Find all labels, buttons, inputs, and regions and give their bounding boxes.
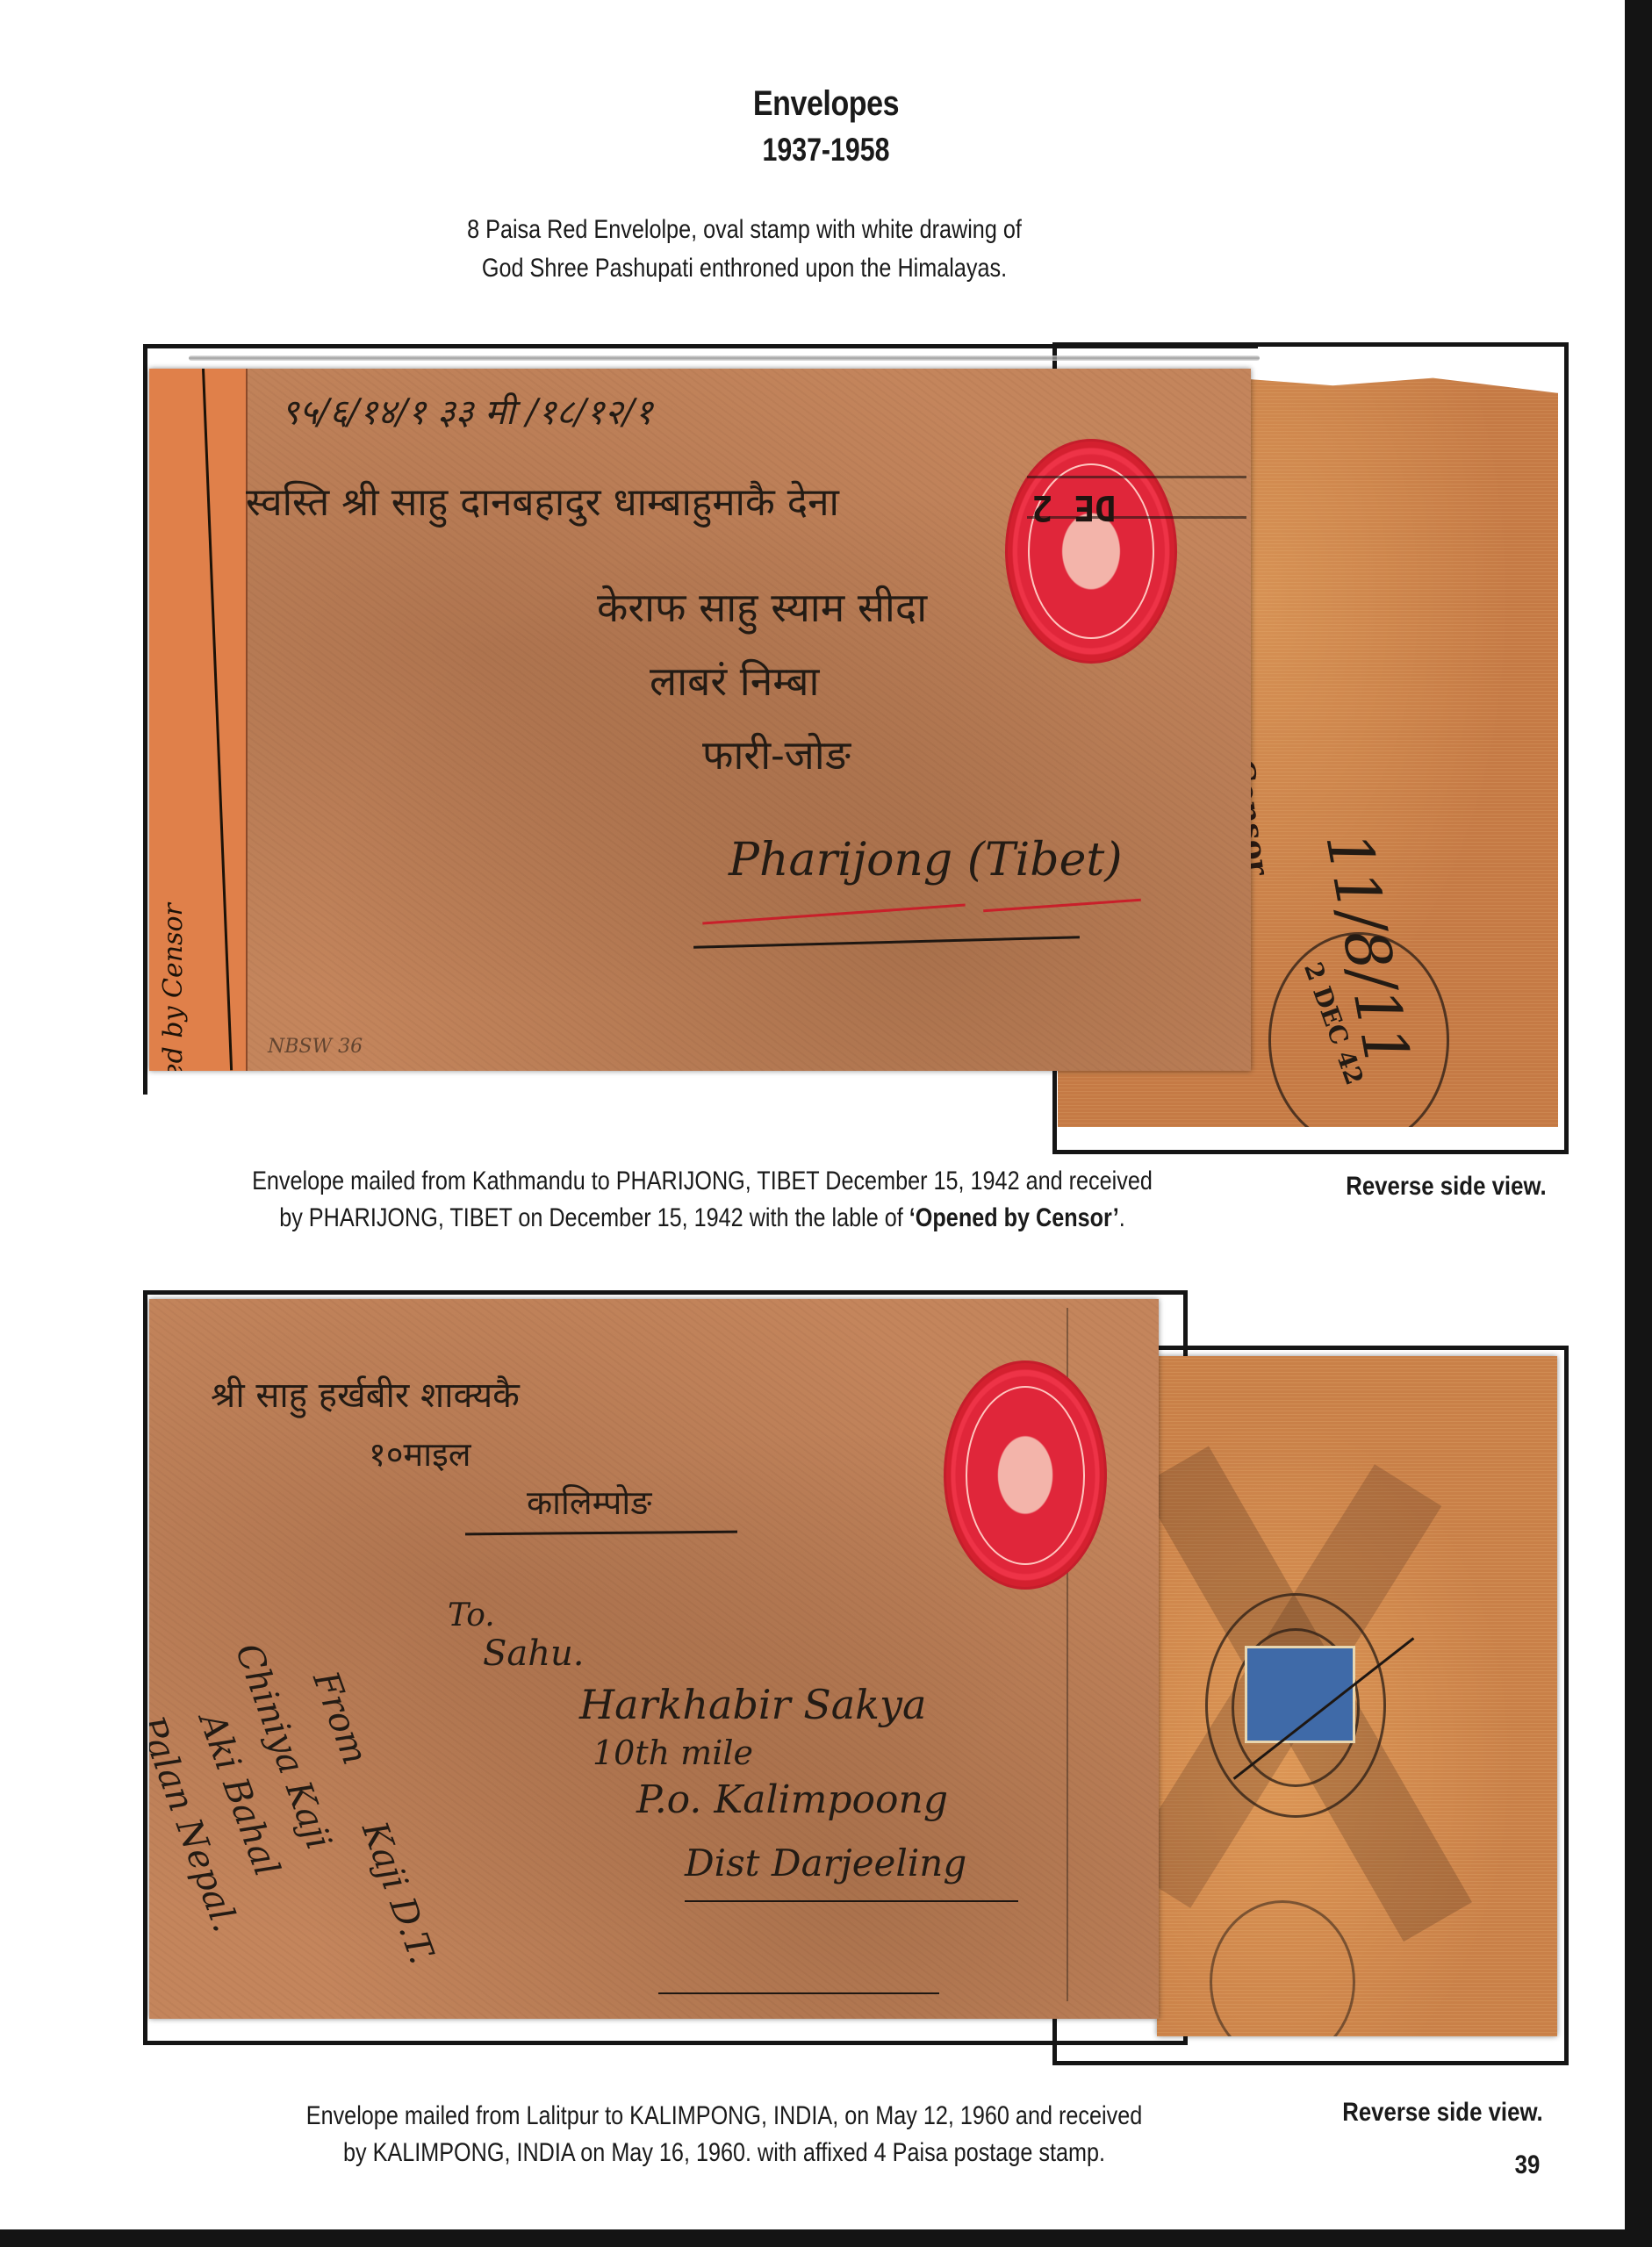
- caption-1-line-1: Envelope mailed from Kathmandu to PHARIJ…: [216, 1163, 1189, 1200]
- address-english: Pharijong (Tibet): [729, 834, 1123, 887]
- description-line-1: 8 Paisa Red Envelolpe, oval stamp with w…: [376, 211, 1113, 249]
- handwritten-address-block: केराफ साहु स्याम सीदा लाबरं निम्बा फारी-…: [597, 579, 1036, 781]
- censor-label-text: Opened by Censor: [158, 903, 189, 1071]
- handwritten-sender-line: स्वस्ति श्री साहु दानबहादुर धाम्बाहुमाकै…: [246, 474, 839, 527]
- caption-1-line-2: by PHARIJONG, TIBET on December 15, 1942…: [216, 1200, 1189, 1237]
- handwritten-devanagari-3: कालिम्पोङ: [527, 1479, 651, 1525]
- reverse-label-1: Reverse side view.: [1346, 1172, 1547, 1202]
- caption-1: Envelope mailed from Kathmandu to PHARIJ…: [216, 1163, 1189, 1237]
- caption-2-line-1: Envelope mailed from Lalitpur to KALIMPO…: [248, 2098, 1200, 2135]
- page-title: Envelopes: [124, 84, 1528, 124]
- page-description: 8 Paisa Red Envelolpe, oval stamp with w…: [376, 211, 1113, 288]
- handwritten-top-note: ९५/६/१४/१ ३३ मी /१८/१२/१: [281, 386, 653, 434]
- front-envelope-2: श्री साहु हर्खबीर शाक्यकै १०माइल कालिम्प…: [149, 1299, 1159, 2019]
- sender-block: From Kaji D.T. Chiniya Kaji Aki Bahal Pa…: [149, 1668, 262, 1949]
- address-english-block: To. Sahu. Harkhabir Sakya 10th mile P.o.…: [448, 1597, 992, 1884]
- reverse-envelope-2: [1157, 1356, 1557, 2036]
- caption-2-line-2: by KALIMPONG, INDIA on May 16, 1960. wit…: [248, 2135, 1200, 2172]
- front-envelope-1: Opened by Censor ९५/६/१४/१ ३३ मी /१८/१२/…: [149, 369, 1251, 1071]
- reverse-postmark-lower: [1210, 1900, 1355, 2036]
- page-years: 1937-1958: [148, 132, 1503, 169]
- page-number: 39: [1514, 2150, 1540, 2180]
- postmark-date: DE 2: [1031, 487, 1116, 528]
- catalog-note: NBSW 36: [268, 1036, 363, 1058]
- reverse-postmark: [1268, 932, 1449, 1127]
- caption-2: Envelope mailed from Lalitpur to KALIMPO…: [248, 2098, 1200, 2172]
- description-line-2: God Shree Pashupati enthroned upon the H…: [376, 249, 1113, 288]
- handwritten-devanagari-2: १०माइल: [369, 1431, 471, 1476]
- album-page: Envelopes 1937-1958 8 Paisa Red Envelolp…: [0, 0, 1625, 2229]
- sleeve-glare: [189, 355, 1260, 361]
- handwritten-devanagari-1: श्री साहु हर्खबीर शाक्यकै: [211, 1369, 520, 1418]
- censor-label-band: Opened by Censor: [149, 369, 248, 1071]
- reverse-label-2: Reverse side view.: [1342, 2098, 1543, 2128]
- embossed-stamp-pashupati: [944, 1360, 1107, 1590]
